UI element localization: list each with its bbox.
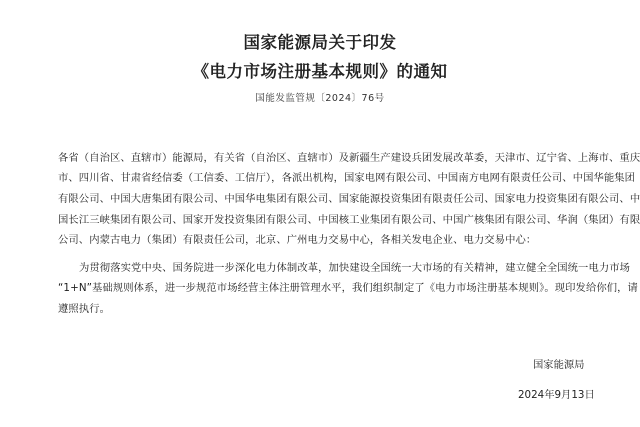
- addressee-line: 国长江三峡集团有限公司、国家开发投资集团有限公司、中国核工业集团有限公司、中国广…: [58, 211, 640, 226]
- addressee-line: 各省（自治区、直辖市）能源局，有关省（自治区、直辖市）及新疆生产建设兵团发展改革…: [58, 149, 640, 164]
- addressee-line: 有限公司、中国大唐集团有限公司、中国华电集团有限公司、国家能源投资集团有限责任公…: [58, 190, 640, 205]
- addressee-line: 市、四川省、甘肃省经信委（工信委、工信厅），各派出机构，国家电网有限公司、中国南…: [58, 169, 635, 184]
- body-line: “1+N”基础规则体系，进一步规范市场经营主体注册管理水平，我们组织制定了《电力…: [58, 279, 638, 294]
- document-title-line-2: 《电力市场注册基本规则》的通知: [0, 58, 640, 82]
- issue-date: 2024年9月13日: [518, 386, 595, 401]
- addressee-line: 公司、内蒙古电力（集团）有限责任公司，北京、广州电力交易中心，各相关发电企业、电…: [58, 231, 536, 246]
- document-number: 国能发监管规〔2024〕76号: [0, 90, 640, 104]
- document-title-line-1: 国家能源局关于印发: [0, 29, 640, 53]
- body-line: 为贯彻落实党中央、国务院进一步深化电力体制改革，加快建设全国统一大市场的有关精神…: [79, 259, 630, 274]
- body-line: 遵照执行。: [58, 300, 110, 315]
- issuer-signature: 国家能源局: [533, 356, 584, 371]
